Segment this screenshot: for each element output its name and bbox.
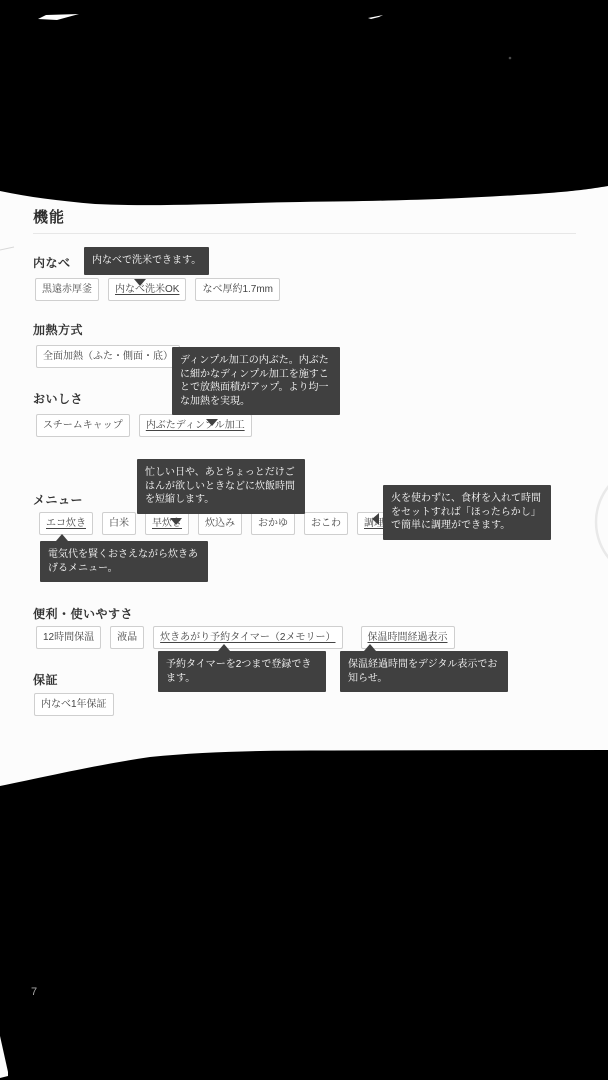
faint-right-arc: [596, 465, 608, 579]
tag-row-menu: エコ炊き 白米 早炊き 炊込み おかゆ おこわ 調理: [39, 512, 391, 535]
tooltip-arrow-up-icon: [56, 534, 68, 541]
tooltip-arrow-down-icon: [170, 518, 182, 525]
tag-okowa: おこわ: [304, 512, 348, 535]
tag-steam-cap: スチームキャップ: [36, 414, 130, 437]
tag-white-rice: 白米: [102, 512, 136, 535]
page-title: 機能: [33, 206, 65, 227]
tag-inner-pot-washable[interactable]: 内なべ洗米OK: [108, 278, 186, 301]
tooltip-cooking-text: 火を使わずに、食材を入れて時間をセットすれば「ほったらかし」で簡単に調理ができま…: [391, 493, 541, 531]
tag-eco-cook[interactable]: エコ炊き: [39, 512, 93, 535]
tag-row-taste: スチームキャップ 内ぶたディンプル加工: [36, 414, 252, 437]
tooltip-arrow-down-icon: [134, 279, 146, 286]
section-label-convenience: 便利・使いやすさ: [33, 605, 133, 622]
tooltip-timer-text: 予約タイマーを2つまで登録できます。: [166, 659, 311, 684]
tag-quick-cook[interactable]: 早炊き: [145, 512, 189, 535]
faint-left-line: [0, 247, 14, 250]
tag-row-inner-pot: 黒遠赤厚釜 内なべ洗米OK なべ厚約1.7mm: [35, 278, 280, 301]
top-dot: [509, 57, 512, 60]
content-divider: [33, 233, 576, 234]
section-label-heating: 加熱方式: [33, 321, 83, 338]
tooltip-dimple-text: ディンプル加工の内ぶた。内ぶたに細かなディンプル加工を施すことで放熱面積がアップ…: [180, 355, 329, 407]
section-label-taste: おいしさ: [33, 390, 83, 407]
tag-reservation-timer[interactable]: 炊きあがり予約タイマー（2メモリー）: [153, 626, 342, 649]
tooltip-eco: 電気代を賢くおさえながら炊きあげるメニュー。: [40, 541, 208, 582]
redaction-top: [0, 0, 608, 205]
spec-feature-page: 7 機能 内なべ 黒遠赤厚釜 内なべ洗米OK なべ厚約1.7mm 内なべで洗米で…: [0, 0, 608, 1080]
top-sliver-left: [38, 14, 79, 20]
tooltip-eco-text: 電気代を賢くおさえながら炊きあげるメニュー。: [48, 549, 198, 574]
tooltip-arrow-down-icon: [206, 419, 218, 426]
tag-lcd: 液晶: [110, 626, 144, 649]
tooltip-quick-cook-text: 忙しい日や、あとちょっとだけごはんが欲しいときなどに炊飯時間を短縮します。: [145, 467, 295, 505]
tooltip-dimple: ディンプル加工の内ぶた。内ぶたに細かなディンプル加工を施すことで放熱面積がアップ…: [172, 347, 340, 415]
tooltip-arrow-up-icon: [364, 644, 376, 651]
tooltip-arrow-up-icon: [218, 644, 230, 651]
section-label-inner-pot: 内なべ: [33, 254, 71, 271]
artifact-layer: 7: [0, 0, 608, 1080]
tag-okayu: おかゆ: [251, 512, 295, 535]
tag-inner-lid-dimple[interactable]: 内ぶたディンプル加工: [139, 414, 252, 437]
artifact-mark: 7: [31, 986, 37, 998]
tooltip-inner-pot-wash-text: 内なべで洗米できます。: [92, 255, 201, 266]
tooltip-keep-warm-elapsed-text: 保温経過時間をデジタル表示でお知らせ。: [348, 659, 497, 684]
tooltip-keep-warm-elapsed: 保温経過時間をデジタル表示でお知らせ。: [340, 651, 508, 692]
tooltip-arrow-left-icon: [372, 513, 379, 525]
tag-black-far-infrared-pot: 黒遠赤厚釜: [35, 278, 99, 301]
tag-row-heating: 全面加熱（ふた・側面・底）: [36, 345, 180, 368]
tag-inner-pot-1yr-warranty: 内なべ1年保証: [34, 693, 114, 716]
tooltip-inner-pot-wash: 内なべで洗米できます。: [84, 247, 209, 275]
section-label-menu: メニュー: [33, 491, 83, 508]
tooltip-timer: 予約タイマーを2つまで登録できます。: [158, 651, 326, 692]
redaction-bottom: [0, 750, 608, 1080]
bottom-sliver-left: [0, 1036, 8, 1078]
tag-12h-keep-warm: 12時間保温: [36, 626, 101, 649]
section-label-warranty: 保証: [33, 671, 58, 688]
tag-all-around-heating: 全面加熱（ふた・側面・底）: [36, 345, 180, 368]
tooltip-quick-cook: 忙しい日や、あとちょっとだけごはんが欲しいときなどに炊飯時間を短縮します。: [137, 459, 305, 514]
tag-takikomi: 炊込み: [198, 512, 242, 535]
tag-row-warranty: 内なべ1年保証: [34, 693, 114, 716]
tag-pot-thickness: なべ厚約1.7mm: [195, 278, 280, 301]
tag-row-convenience: 12時間保温 液晶 炊きあがり予約タイマー（2メモリー） 保温時間経過表示: [36, 626, 455, 649]
tooltip-cooking: 火を使わずに、食材を入れて時間をセットすれば「ほったらかし」で簡単に調理ができま…: [383, 485, 551, 540]
top-sliver-right: [368, 15, 383, 19]
